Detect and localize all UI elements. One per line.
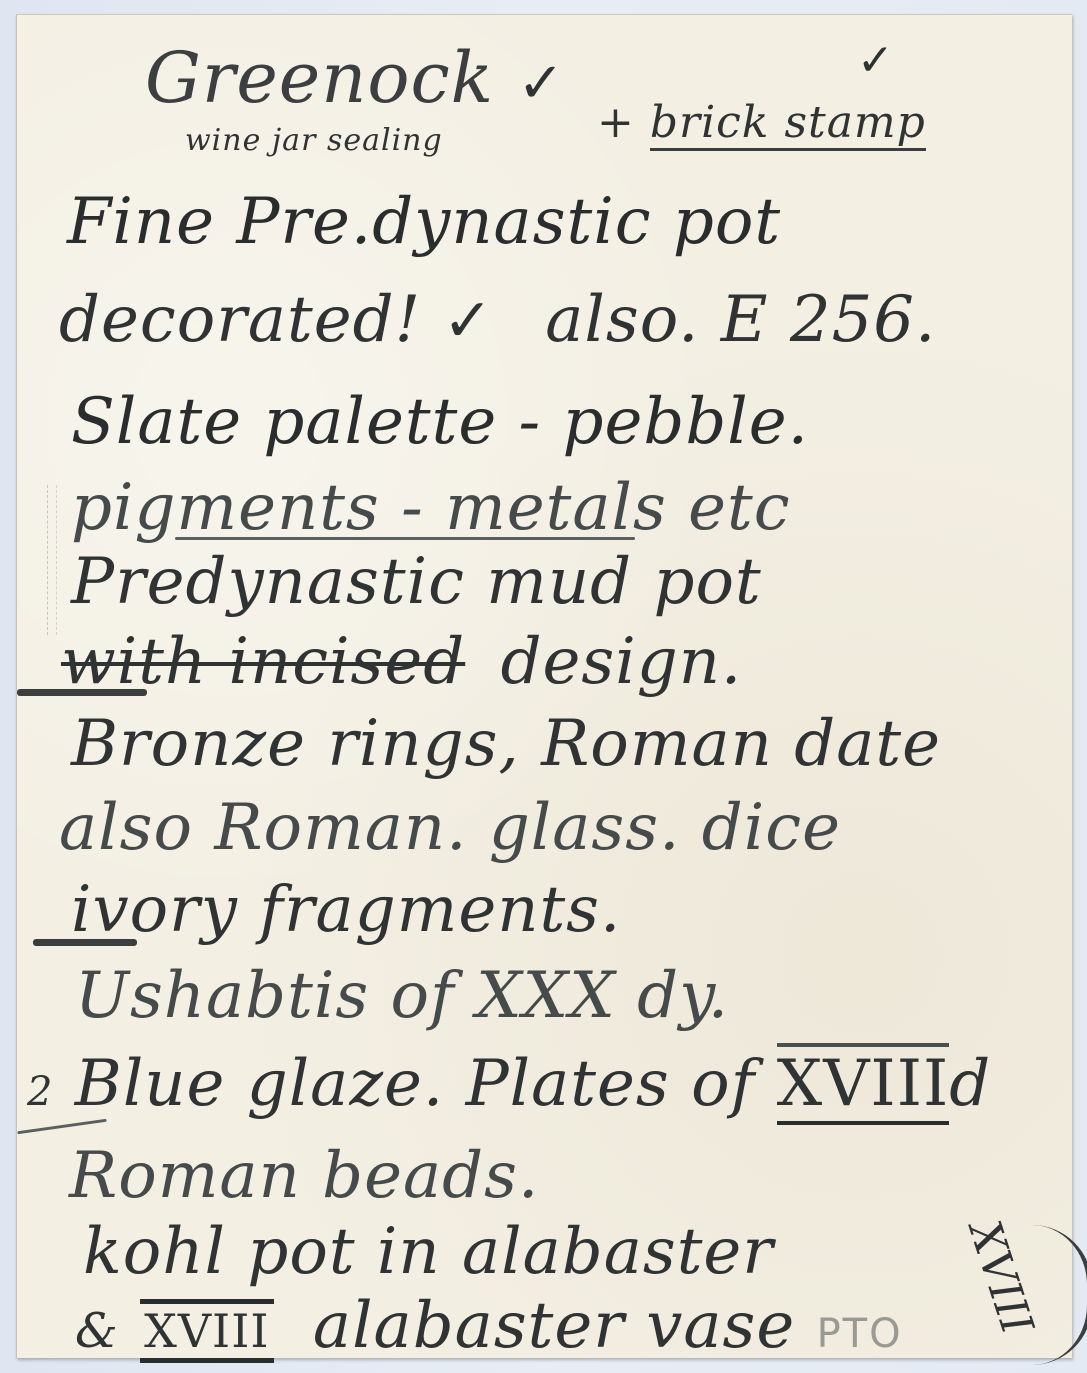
index-card: Greenock ✓ wine jar sealing + brick stam… xyxy=(16,14,1072,1358)
pencil-note: PTO xyxy=(817,1311,903,1357)
overline-rule xyxy=(175,537,635,540)
card-title: Greenock ✓ xyxy=(145,37,565,119)
card-line-5: Predynastic mud pot xyxy=(71,545,762,619)
card-line-3: Slate palette - pebble. xyxy=(71,385,809,459)
card-line-10: Ushabtis of XXX dy. xyxy=(75,959,729,1033)
card-line-14: & XVIII alabaster vase PTO xyxy=(75,1289,903,1363)
card-line-12: Roman beads. xyxy=(69,1139,539,1213)
card-line-11: 2 Blue glaze. Plates of XVIIId xyxy=(27,1047,991,1121)
card-line-2: decorated! ✓ also. E 256. xyxy=(59,283,936,357)
faint-pencil-marks xyxy=(47,485,57,635)
card-line-6: with incised design. xyxy=(61,625,742,699)
checkmark-icon: ✓ xyxy=(857,35,895,86)
dynasty-numeral: XVIII xyxy=(777,1043,950,1125)
dynasty-numeral-boxed: XVIII xyxy=(140,1299,273,1363)
separator-rule xyxy=(17,689,147,696)
card-line-9: ivory fragments. xyxy=(71,873,621,947)
card-line-7: Bronze rings, Roman date xyxy=(71,707,941,781)
card-subtitle-right: + brick stamp xyxy=(597,97,926,148)
checkmark-icon: ✓ xyxy=(517,51,565,116)
separator-rule xyxy=(33,939,137,946)
card-subtitle-left: wine jar sealing xyxy=(185,123,443,158)
separator-rule xyxy=(17,1119,107,1134)
card-line-1: Fine Pre.dynastic pot xyxy=(67,185,781,259)
struck-text: with incised xyxy=(61,625,465,699)
card-line-8: also Roman. glass. dice xyxy=(59,791,841,865)
card-line-13: kohl pot in alabaster xyxy=(83,1215,774,1289)
checkmark-icon: ✓ xyxy=(443,286,494,356)
card-line-4: pigments - metals etc xyxy=(71,471,791,545)
